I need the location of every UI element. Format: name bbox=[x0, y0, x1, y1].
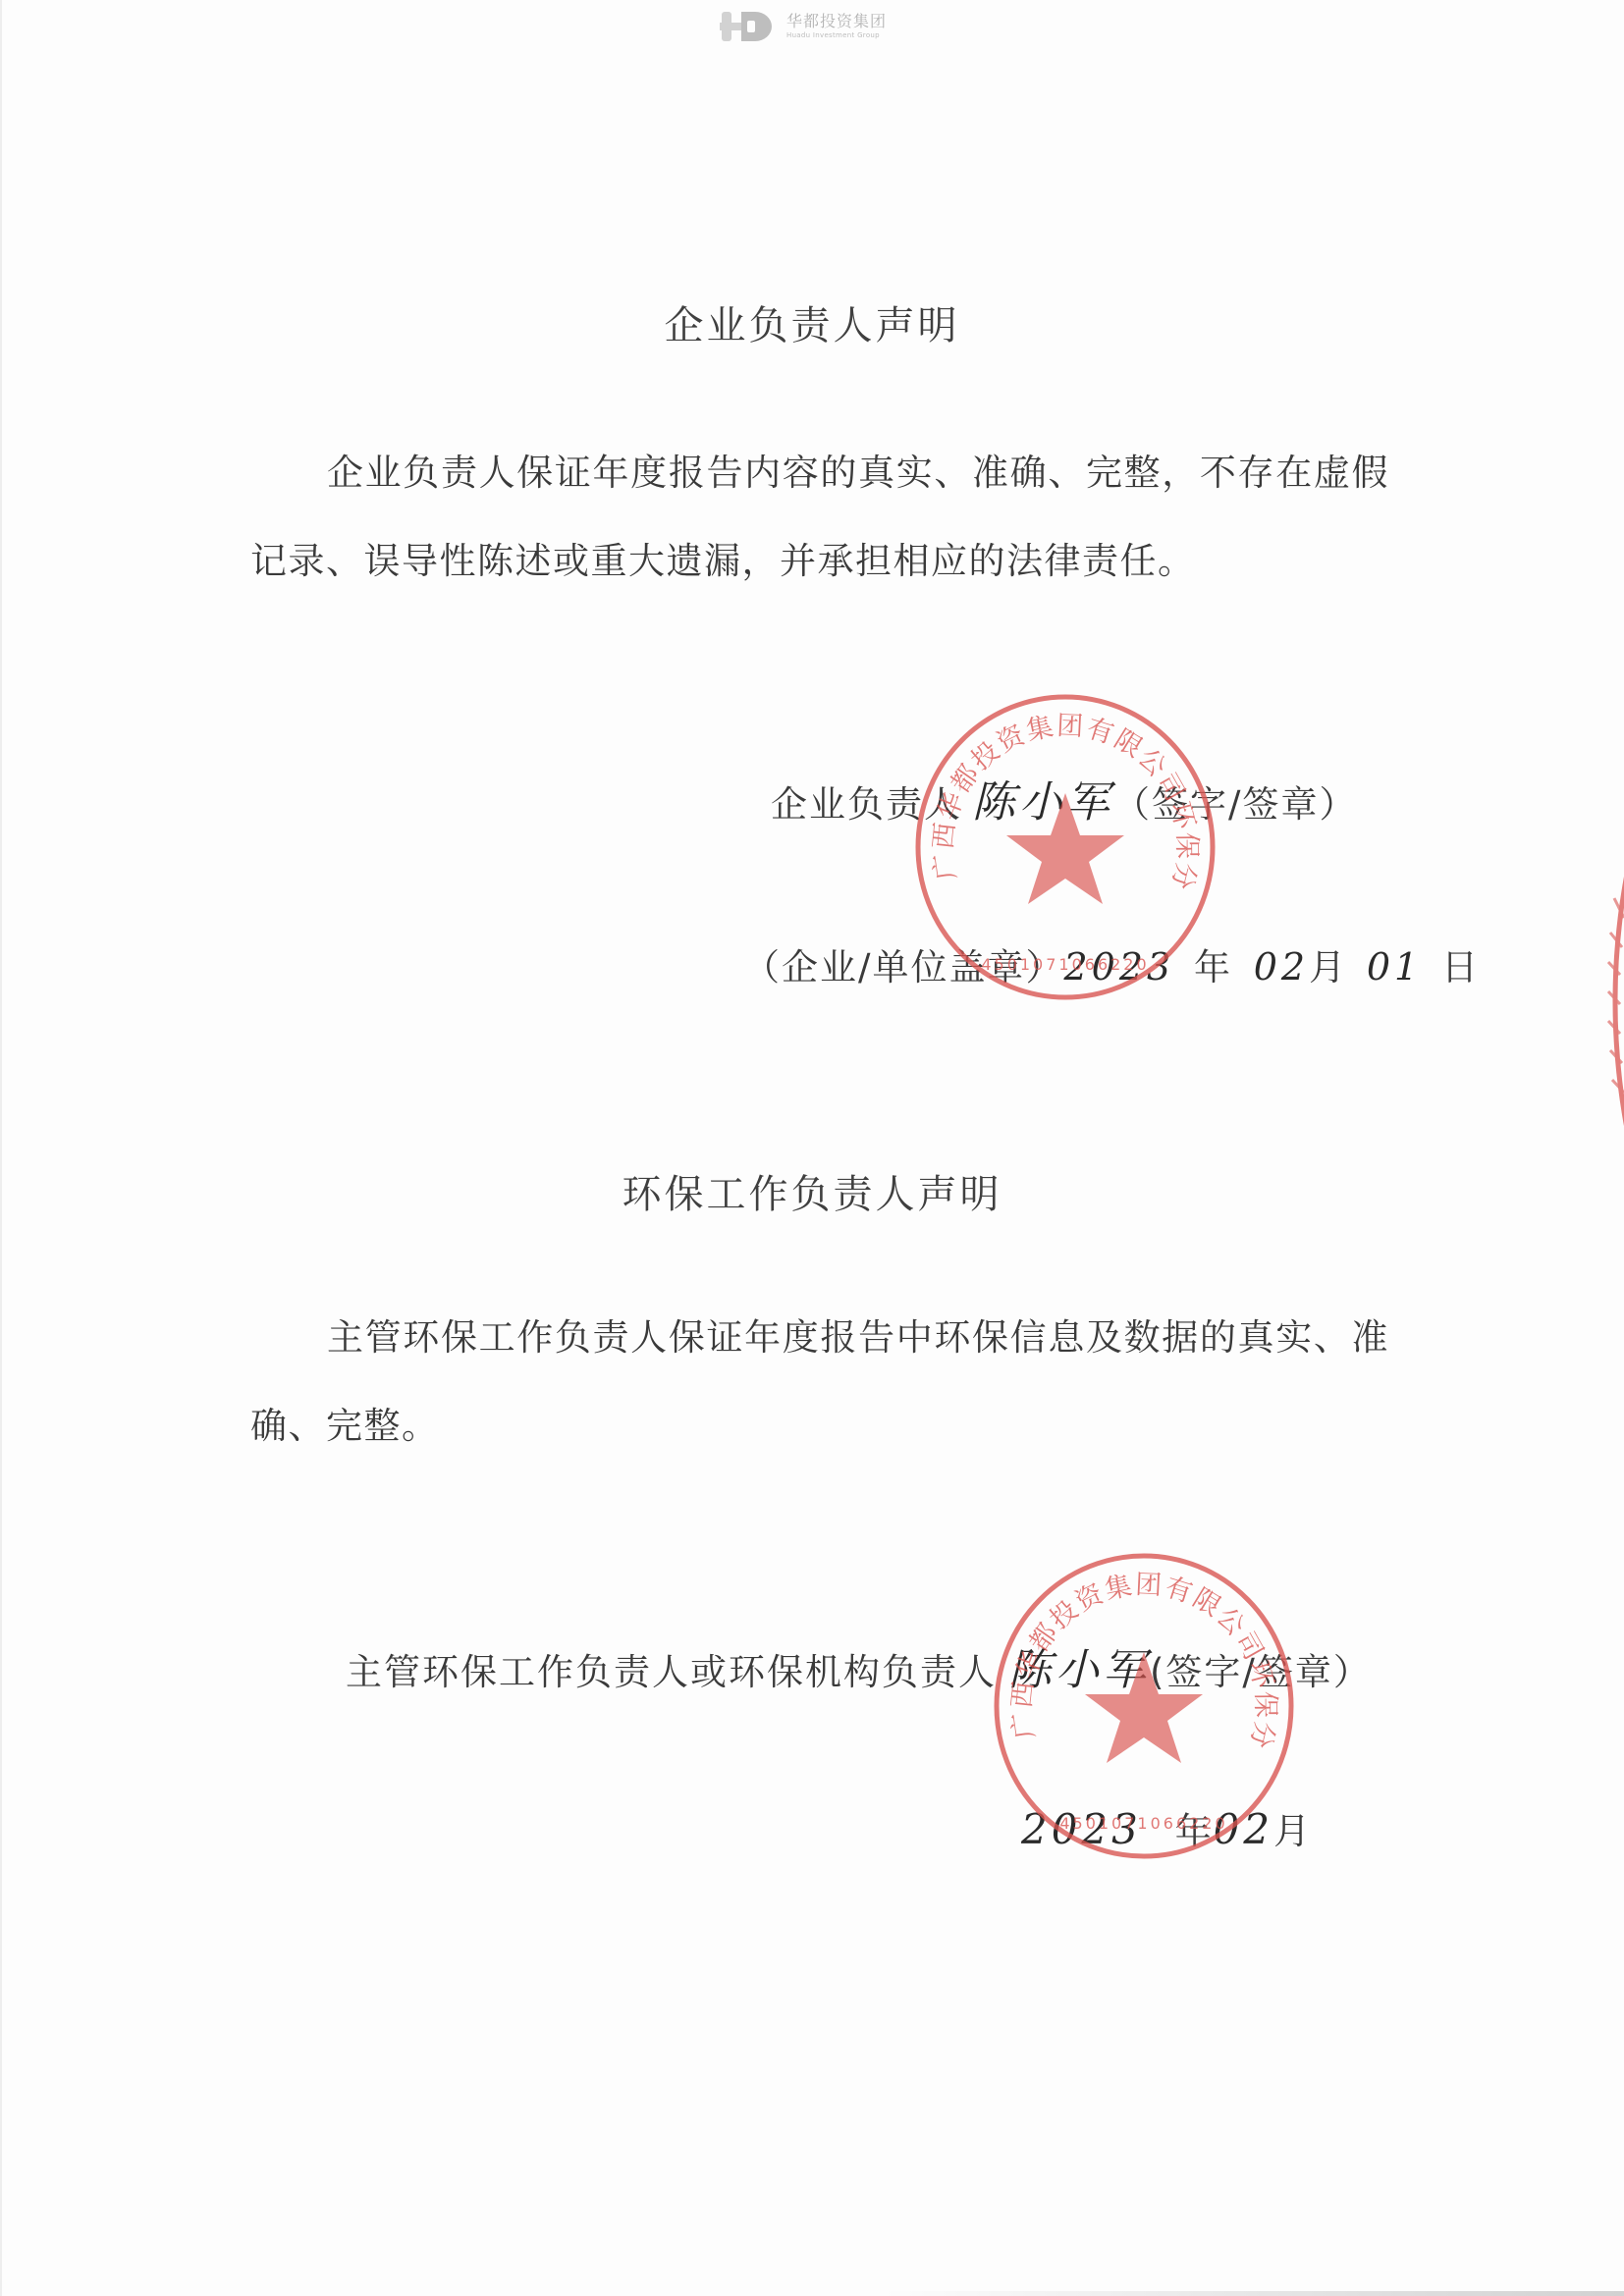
logo-chinese-name: 华都投资集团 bbox=[786, 14, 887, 29]
signature-suffix: (签字/签章） bbox=[1150, 1651, 1372, 1693]
section2-signature-line: 主管环保工作负责人或环保机构负责人陈小军(签字/签章） bbox=[346, 1634, 1372, 1697]
handwritten-signature: 陈小军 bbox=[972, 777, 1113, 828]
handwritten-year: 2023 bbox=[1063, 945, 1174, 988]
company-logo: 华都投资集团 Huadu Investment Group bbox=[720, 8, 887, 45]
signature-suffix: （签字/签章） bbox=[1113, 783, 1357, 826]
handwritten-month: 02 bbox=[1254, 945, 1309, 988]
year-unit: 年 bbox=[1175, 1810, 1214, 1852]
section2-title: 环保工作负责人声明 bbox=[0, 1163, 1624, 1219]
handwritten-day: 01 bbox=[1367, 945, 1422, 988]
day-unit: 日 bbox=[1441, 946, 1480, 988]
document-page: 华都投资集团 Huadu Investment Group 企业负责人声明 企业… bbox=[0, 0, 1624, 2296]
signature-label: 主管环保工作负责人或环保机构负责人 bbox=[346, 1651, 997, 1693]
handwritten-month: 02 bbox=[1214, 1805, 1273, 1853]
seal-label: （企业/单位盖章） bbox=[743, 946, 1063, 988]
month-unit: 月 bbox=[1273, 1810, 1312, 1852]
section2-body: 主管环保工作负责人保证年度报告中环保信息及数据的真实、准确、完整。 bbox=[250, 1294, 1389, 1470]
section2-date-line: 2023 年02月 bbox=[1021, 1801, 1312, 1854]
seam-seal-fragment bbox=[1600, 859, 1624, 1144]
handwritten-signature: 陈小军 bbox=[1008, 1645, 1150, 1695]
section1-title: 企业负责人声明 bbox=[0, 294, 1624, 350]
hd-logo-icon bbox=[720, 8, 777, 45]
logo-english-name: Huadu Investment Group bbox=[786, 32, 887, 39]
year-unit: 年 bbox=[1194, 946, 1232, 988]
section1-body: 企业负责人保证年度报告内容的真实、准确、完整，不存在虚假记录、误导性陈述或重大遗… bbox=[250, 429, 1389, 606]
month-unit: 月 bbox=[1309, 946, 1347, 988]
section1-signature-line: 企业负责人陈小军（签字/签章） bbox=[771, 767, 1357, 829]
handwritten-year: 2023 bbox=[1021, 1805, 1142, 1853]
section1-date-line: （企业/单位盖章）2023 年 02月 01 日 bbox=[743, 937, 1480, 990]
signature-label: 企业负责人 bbox=[771, 783, 962, 826]
scan-shadow bbox=[884, 2291, 1624, 2296]
